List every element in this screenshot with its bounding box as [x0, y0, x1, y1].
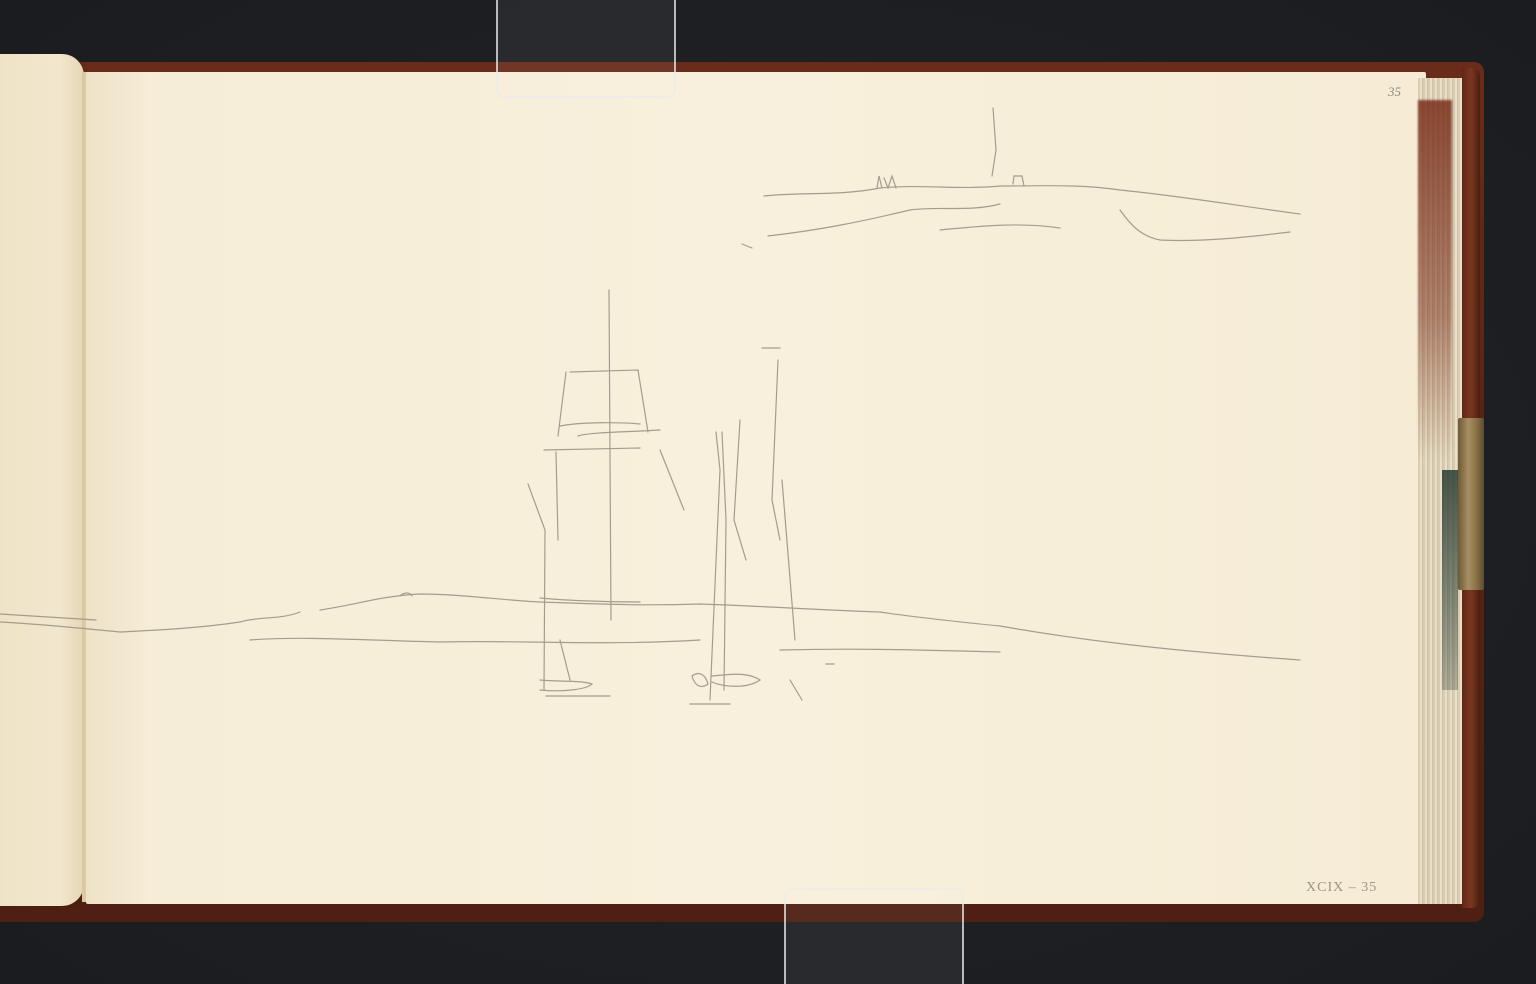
glass-page-holder-bottom: [784, 888, 964, 984]
handwritten-page-number: 35: [1388, 84, 1401, 100]
glass-page-holder-top: [496, 0, 676, 98]
pencil-sketch: [0, 0, 1536, 984]
catalogue-stamp: XCIX – 35: [1306, 880, 1377, 896]
